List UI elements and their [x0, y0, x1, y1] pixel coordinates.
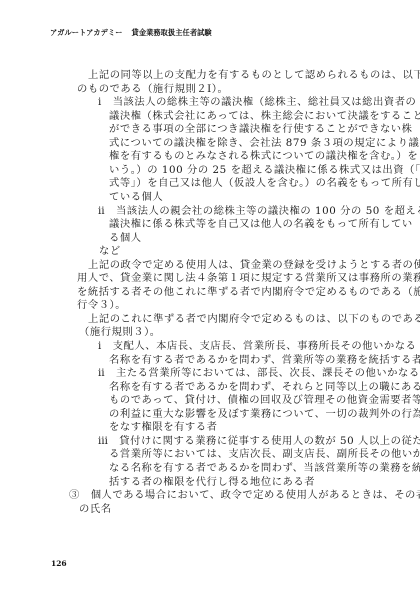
- text-line: 用人で、貸金業に関し法４条第１項に規定する営業所又は事務所の業務: [77, 272, 420, 284]
- list-item-i: ⅰ 当該法人の総株主等の議決権（総株主、総社員又は総出資者の: [98, 96, 416, 108]
- text-line: 上記の同等以上の支配力を有するものとして認められるものは、以下: [88, 69, 420, 81]
- text-line: ものであって、貸付け、債権の回収及び管理その他資金需要者等: [109, 394, 420, 406]
- text-line: を統括する者その他これに準ずる者で内閣府令で定めるものである（施: [77, 286, 420, 298]
- text-line: 上記の政令で定める使用人は、貸金業の登録を受けようとする者の使: [88, 259, 420, 271]
- running-header: アガルートアカデミー貸金業務取扱主任者試験: [50, 28, 212, 38]
- text-line: ができる事項の全部につき議決権を行使することができない株: [109, 123, 413, 135]
- text-line: のものである（施行規則２Ⅰ）。: [77, 83, 228, 95]
- text-line: など: [99, 245, 121, 257]
- text-line: 議決権（株式会社にあっては、株主総会において決議をすること: [109, 110, 420, 122]
- text-line: の利益に重大な影響を及ぼす業務について、一切の裁判外の行為: [109, 408, 420, 420]
- text-line: ている個人: [109, 191, 163, 203]
- text-line: 上記のこれに準ずる者で内閣府令で定めるものは、以下のものである: [88, 313, 420, 325]
- text-line: 括する者の権限を代行し得る地位にある者: [109, 476, 315, 488]
- list-item-i: ⅰ 支配人、本店長、支店長、営業所長、事務所長その他いかなる: [98, 340, 416, 352]
- page-number: 126: [51, 559, 67, 568]
- text-line: なる名称を有する者であるかを問わず、当該営業所等の業務を統: [109, 462, 420, 474]
- text-line: 権を有するものとみなされる株式についての議決権を含む。）を: [109, 150, 418, 162]
- text-line: 名称を有する者であるかを問わず、それらと同等以上の職にある: [109, 381, 420, 393]
- text-line: 議決権に係る株式等を自己又は他人の名義をもって所有してい: [109, 218, 413, 230]
- publisher-name: アガルートアカデミー: [50, 28, 123, 37]
- list-item-iii: ⅲ 貸付けに関する業務に従事する使用人の数が 50 人以上の従た: [98, 435, 420, 447]
- numbered-item-3: ③ 個人である場合において、政令で定める使用人があるときは、その者: [69, 489, 420, 501]
- text-line: 式についての議決権を除き、会社法 879 条３項の規定により議決: [109, 137, 420, 149]
- list-item-ii: ⅱ 当該法人の親会社の総株主等の議決権の 100 分の 50 を超える: [98, 205, 420, 217]
- text-line: る営業所等においては、支店次長、副支店長、副所長その他いか: [109, 448, 420, 460]
- text-line: をなす権限を有する者: [109, 421, 217, 433]
- text-line: 行令３）。: [77, 299, 126, 311]
- list-item-ii: ⅱ 主たる営業所等においては、部長、次長、課長その他いかなる: [98, 367, 420, 379]
- text-line: 式等」）を自己又は他人（仮設人を含む。）の名義をもって所有し: [109, 177, 420, 189]
- book-title: 貸金業務取扱主任者試験: [132, 28, 212, 37]
- text-line: いう。）の 100 分の 25 を超える議決権に係る株式又は出資（「株: [109, 164, 420, 176]
- text-line: の氏名: [79, 503, 112, 515]
- text-line: （施行規則３）。: [79, 326, 161, 338]
- text-line: る個人: [109, 232, 142, 244]
- text-line: 名称を有する者であるかを問わず、営業所等の業務を統括する者: [109, 354, 420, 366]
